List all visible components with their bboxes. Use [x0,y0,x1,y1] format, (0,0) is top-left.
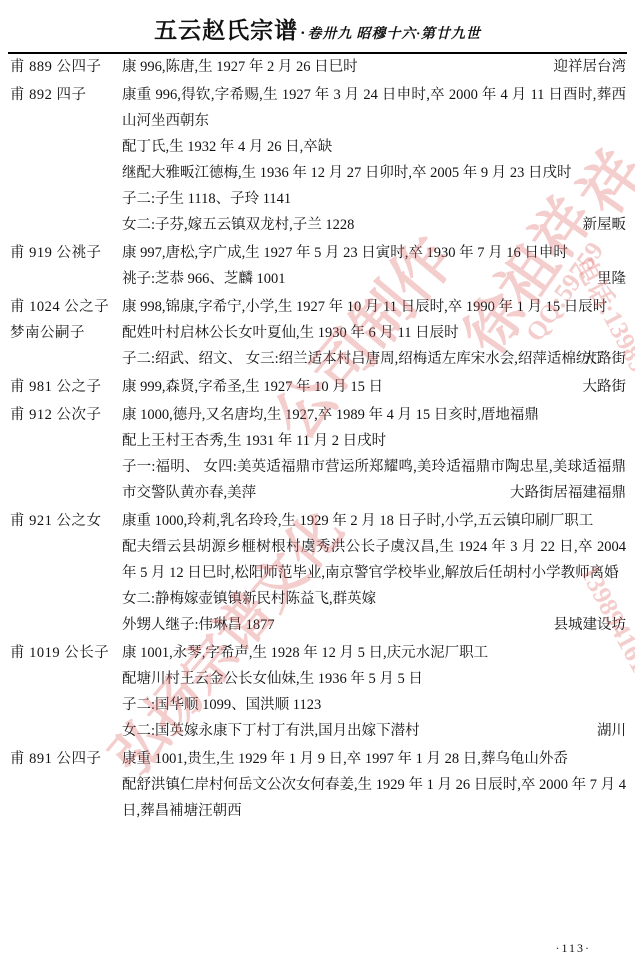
entry-paragraph: 康 996,陈唐,生 1927 年 2 月 26 日巳时迎祥居台湾 [122,54,626,80]
residence-place: 新屋畈 [583,212,627,238]
residence-place: 大路街 [583,374,627,400]
book-title: 五云赵氏宗谱 [154,18,298,43]
generation-subtitle: 昭穆十六·第廿九世 [356,27,481,42]
entry-row: 甫 889 公四子康 996,陈唐,生 1927 年 2 月 26 日巳时迎祥居… [10,54,626,80]
entry-row: 甫 912 公次子康 1000,德丹,又名唐均,生 1927,卒 1989 年 … [10,402,626,506]
entry-paragraph: 配塘川村王云金公长女仙妹,生 1936 年 5 月 5 日 [122,666,626,692]
entry-paragraph: 女二:子芬,嫁五云镇双龙村,子兰 1228新屋畈 [122,212,626,238]
entry-row: 甫 1019 公长子康 1001,永琴,字希声,生 1928 年 12 月 5 … [10,640,626,744]
entry-content: 康 1000,德丹,又名唐均,生 1927,卒 1989 年 4 月 15 日亥… [122,402,626,506]
entry-content: 康 997,唐松,字广成,生 1927 年 5 月 23 日寅时,卒 1930 … [122,240,626,292]
entry-paragraph: 康 998,锦康,字希宁,小学,生 1927 年 10 月 11 日辰时,卒 1… [122,294,626,320]
entry-content: 康 1001,永琴,字希声,生 1928 年 12 月 5 日,庆元水泥厂职工配… [122,640,626,744]
page-header: 五云赵氏宗谱·卷卅九 昭穆十六·第廿九世 [0,0,635,45]
entry-row: 甫 921 公之女康重 1000,玲莉,乳名玲玲,生 1929 年 2 月 18… [10,508,626,638]
entry-content: 康重 996,得钦,字希赐,生 1927 年 3 月 24 日申时,卒 2000… [122,82,626,238]
entry-paragraph: 女二:国英嫁永康下丁村丁有洪,国月出嫁下潜村湖川 [122,718,626,744]
entry-row: 甫 892 四子康重 996,得钦,字希赐,生 1927 年 3 月 24 日申… [10,82,626,238]
entry-paragraph: 康重 1001,贵生,生 1929 年 1 月 9 日,卒 1997 年 1 月… [122,746,626,772]
entry-paragraph: 康 999,森贤,字希圣,生 1927 年 10 月 15 日大路街 [122,374,626,400]
entry-paragraph: 康 1001,永琴,字希声,生 1928 年 12 月 5 日,庆元水泥厂职工 [122,640,626,666]
entry-label: 甫 1019 公长子 [10,640,122,666]
entry-paragraph: 配舒洪镇仁岸村何岳文公次女何春姜,生 1929 年 1 月 26 日辰时,卒 2… [122,772,626,824]
title-separator: · [300,25,305,42]
entry-label: 甫 912 公次子 [10,402,122,428]
entry-paragraph: 女二:静梅嫁壶镇镇新民村陈益飞,群英嫁 [122,586,626,612]
entry-paragraph: 外甥人继子:伟琳昌 1877县城建设坊 [122,612,626,638]
entry-label-line2: 梦南公嗣子 [10,320,122,346]
entry-label: 甫 921 公之女 [10,508,122,534]
entry-paragraph: 配夫缙云县胡源乡榧树根村虞秀洪公长子虞汉昌,生 1924 年 3 月 22 日,… [122,534,626,586]
entry-content: 康 999,森贤,字希圣,生 1927 年 10 月 15 日大路街 [122,374,626,400]
entry-paragraph: 康重 1000,玲莉,乳名玲玲,生 1929 年 2 月 18 日子时,小学,五… [122,508,626,534]
entry-paragraph: 祧子:芝恭 966、芝麟 1001里隆 [122,266,626,292]
entry-paragraph: 子二:子生 1118、子玲 1141 [122,186,626,212]
entry-row: 甫 1024 公之子梦南公嗣子康 998,锦康,字希宁,小学,生 1927 年 … [10,294,626,372]
entry-label: 甫 889 公四子 [10,54,122,80]
residence-place: 县城建设坊 [554,612,627,638]
entry-paragraph: 康 1000,德丹,又名唐均,生 1927,卒 1989 年 4 月 15 日亥… [122,402,626,428]
genealogy-page: 五云赵氏宗谱·卷卅九 昭穆十六·第廿九世 甫 889 公四子康 996,陈唐,生… [0,0,635,968]
entry-content: 康 996,陈唐,生 1927 年 2 月 26 日巳时迎祥居台湾 [122,54,626,80]
residence-place: 里隆 [597,266,626,292]
residence-place: 大路街 [583,346,627,372]
entries-area: 甫 889 公四子康 996,陈唐,生 1927 年 2 月 26 日巳时迎祥居… [10,54,626,826]
volume-label: 卷卅九 [307,27,352,42]
entry-paragraph: 配丁氏,生 1932 年 4 月 26 日,卒缺 [122,134,626,160]
entry-row: 甫 981 公之子康 999,森贤,字希圣,生 1927 年 10 月 15 日… [10,374,626,400]
entry-content: 康重 1000,玲莉,乳名玲玲,生 1929 年 2 月 18 日子时,小学,五… [122,508,626,638]
entry-label: 甫 981 公之子 [10,374,122,400]
entry-paragraph: 子二:绍武、绍文、 女三:绍兰适本村吕唐周,绍梅适左库宋水会,绍萍适棉纺厂大路街 [122,346,626,372]
residence-place: 迎祥居台湾 [554,54,627,80]
entry-paragraph: 子二:国华顺 1099、国洪顺 1123 [122,692,626,718]
entry-paragraph: 康重 996,得钦,字希赐,生 1927 年 3 月 24 日申时,卒 2000… [122,82,626,134]
residence-place: 湖川 [597,718,626,744]
entry-label: 甫 892 四子 [10,82,122,108]
entry-label: 甫 1024 公之子梦南公嗣子 [10,294,122,346]
page-number: ·113· [555,941,591,956]
entry-content: 康 998,锦康,字希宁,小学,生 1927 年 10 月 11 日辰时,卒 1… [122,294,626,372]
entry-paragraph: 配姓叶村启林公长女叶夏仙,生 1930 年 6 月 11 日辰时 [122,320,626,346]
entry-content: 康重 1001,贵生,生 1929 年 1 月 9 日,卒 1997 年 1 月… [122,746,626,824]
residence-place: 大路街居福建福鼎 [510,480,626,506]
entry-paragraph: 配上王村王杏秀,生 1931 年 11 月 2 日戌时 [122,428,626,454]
entry-paragraph: 子一:福明、 女四:美英适福鼎市营运所郑耀鸣,美玲适福鼎市陶忠星,美球适福鼎市交… [122,454,626,506]
entry-paragraph: 康 997,唐松,字广成,生 1927 年 5 月 23 日寅时,卒 1930 … [122,240,626,266]
entry-label: 甫 891 公四子 [10,746,122,772]
entry-label: 甫 919 公祧子 [10,240,122,266]
entry-row: 甫 919 公祧子康 997,唐松,字广成,生 1927 年 5 月 23 日寅… [10,240,626,292]
entry-paragraph: 继配大雅畈江德梅,生 1936 年 12 月 27 日卯时,卒 2005 年 9… [122,160,626,186]
entry-row: 甫 891 公四子康重 1001,贵生,生 1929 年 1 月 9 日,卒 1… [10,746,626,824]
